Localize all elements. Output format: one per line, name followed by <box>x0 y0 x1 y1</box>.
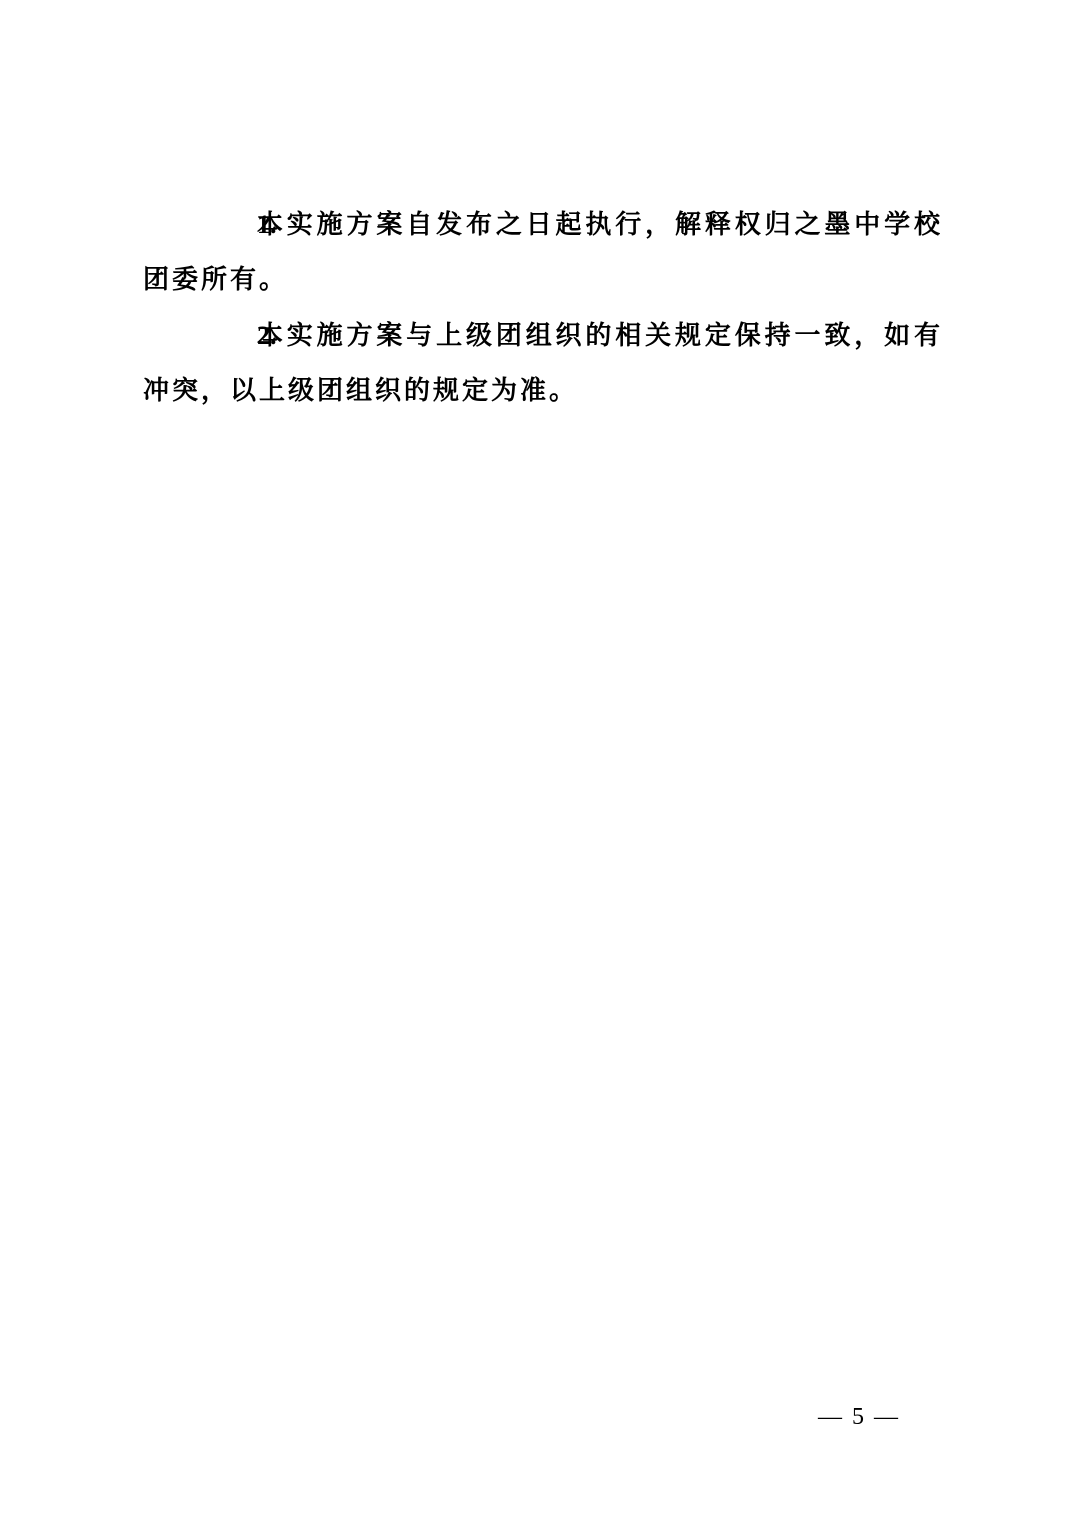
paragraph-number: 1. <box>200 197 256 252</box>
page-number: — 5 — <box>818 1404 900 1431</box>
document-body: 1.本实施方案自发布之日起执行，解释权归之墨中学校团委所有。 2.本实施方案与上… <box>143 197 943 419</box>
paragraph-text: 本实施方案自发布之日起执行，解释权归之墨中学校团委所有。 <box>143 210 943 295</box>
paragraph-item-2: 2.本实施方案与上级团组织的相关规定保持一致，如有冲突，以上级团组织的规定为准。 <box>143 308 943 419</box>
paragraph-text: 本实施方案与上级团组织的相关规定保持一致，如有冲突，以上级团组织的规定为准。 <box>143 321 943 406</box>
document-page: 1.本实施方案自发布之日起执行，解释权归之墨中学校团委所有。 2.本实施方案与上… <box>0 0 1080 1527</box>
paragraph-item-1: 1.本实施方案自发布之日起执行，解释权归之墨中学校团委所有。 <box>143 197 943 308</box>
paragraph-number: 2. <box>200 308 256 363</box>
